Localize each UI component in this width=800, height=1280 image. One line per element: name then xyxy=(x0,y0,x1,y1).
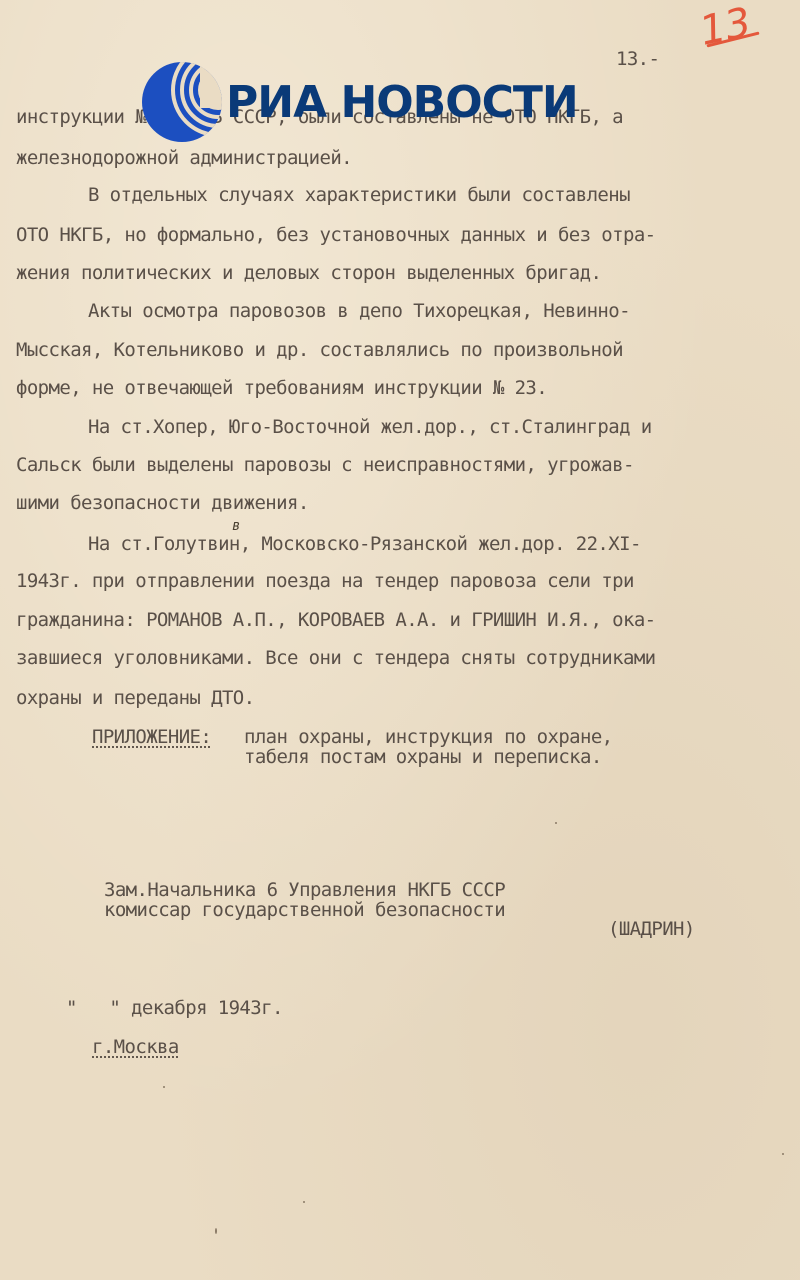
signatory-name: (ШАДРИН) xyxy=(608,918,695,940)
paper-speck xyxy=(782,1153,784,1155)
document-date: " " декабря 1943г. xyxy=(66,997,283,1019)
body-line: В отдельных случаях характеристики были … xyxy=(88,184,630,206)
ria-novosti-globe-icon xyxy=(140,60,224,144)
body-line: На ст.Голутвин, Московско-Рязанской жел.… xyxy=(88,533,641,555)
body-line: 1943г. при отправлении поезда на тендер … xyxy=(16,570,634,592)
body-line: Мысская, Котельниково и др. составлялись… xyxy=(16,339,623,361)
handwritten-page-number: 13 xyxy=(696,0,755,55)
document-place: г.Москва xyxy=(92,1036,179,1058)
appendix-line: план охраны, инструкция по охране, xyxy=(244,726,613,748)
signature-title: Зам.Начальника 6 Управления НКГБ СССР xyxy=(104,879,505,901)
body-line: ОТО НКГБ, но формально, без установочных… xyxy=(16,224,656,246)
signature-title: комиссар государственной безопасности xyxy=(104,899,505,921)
document-page: 13 13.- инструкции № 8 НКГБ СССР, были с… xyxy=(0,0,800,1280)
appendix-line: табеля постам охраны и переписка. xyxy=(244,746,602,768)
body-line: гражданина: РОМАНОВ А.П., КОРОВАЕВ А.А. … xyxy=(16,609,656,631)
body-line: завшиеся уголовниками. Все они с тендера… xyxy=(16,647,656,669)
body-line: шими безопасности движения. xyxy=(16,492,309,514)
handwritten-correction: в xyxy=(232,518,240,534)
body-line: Сальск были выделены паровозы с неисправ… xyxy=(16,454,634,476)
appendix-label: ПРИЛОЖЕНИЕ: xyxy=(92,726,211,748)
brand-name: РИА НОВОСТИ xyxy=(226,77,578,128)
body-line: жения политических и деловых сторон выде… xyxy=(16,262,601,284)
body-line: охраны и переданы ДТО. xyxy=(16,687,254,709)
paper-speck xyxy=(215,1228,217,1234)
paper-speck xyxy=(555,822,557,824)
paper-speck xyxy=(303,1201,305,1203)
body-line: форме, не отвечающей требованиям инструк… xyxy=(16,377,547,399)
body-line: Акты осмотра паровозов в депо Тихорецкая… xyxy=(88,300,630,322)
body-line: железнодорожной администрацией. xyxy=(16,147,352,169)
ria-novosti-watermark: РИА НОВОСТИ xyxy=(140,62,578,142)
body-line: На ст.Хопер, Юго-Восточной жел.дор., ст.… xyxy=(88,416,652,438)
paper-speck xyxy=(163,1086,165,1088)
typed-page-number: 13.- xyxy=(616,48,659,70)
